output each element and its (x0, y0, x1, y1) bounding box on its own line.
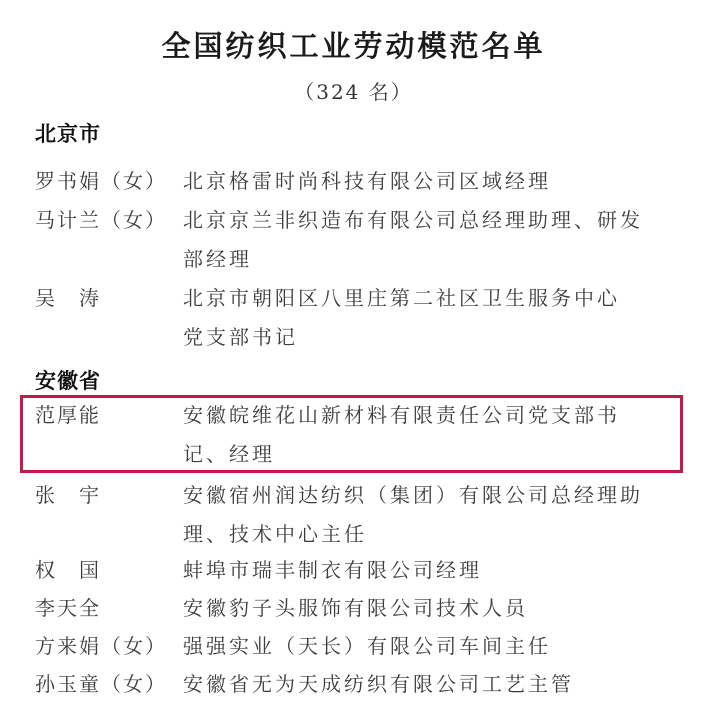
person-description: 蚌埠市瑞丰制衣有限公司经理 (183, 551, 683, 590)
document-subtitle-count: （324 名） (0, 76, 707, 105)
person-name: 孙玉童（女） (35, 665, 183, 704)
person-name: 吴 涛 (35, 279, 183, 318)
province-heading-beijing: 北京市 (35, 118, 101, 148)
person-description: 北京格雷时尚科技有限公司区域经理 (183, 162, 683, 201)
person-description: 北京市朝阳区八里庄第二社区卫生服务中心 党支部书记 (183, 279, 683, 357)
person-description: 安徽皖维花山新材料有限责任公司党支部书 记、经理 (183, 396, 683, 474)
person-name: 权 国 (35, 551, 183, 590)
person-description: 强强实业（天长）有限公司车间主任 (183, 627, 683, 666)
person-description: 安徽豹子头服饰有限公司技术人员 (183, 589, 683, 628)
person-name: 李天全 (35, 589, 183, 628)
person-description: 北京京兰非织造布有限公司总经理助理、研发 部经理 (183, 201, 683, 279)
document-title: 全国纺织工业劳动模范名单 (0, 24, 707, 65)
province-heading-anhui: 安徽省 (35, 365, 101, 395)
person-name: 方来娟（女） (35, 627, 183, 666)
person-name: 范厚能 (35, 396, 183, 435)
person-description: 安徽宿州润达纺织（集团）有限公司总经理助 理、技术中心主任 (183, 476, 683, 554)
person-name: 马计兰（女） (35, 201, 183, 240)
person-name: 罗书娟（女） (35, 162, 183, 201)
person-name: 张 宇 (35, 476, 183, 515)
person-description: 安徽省无为天成纺织有限公司工艺主管 (183, 665, 683, 704)
